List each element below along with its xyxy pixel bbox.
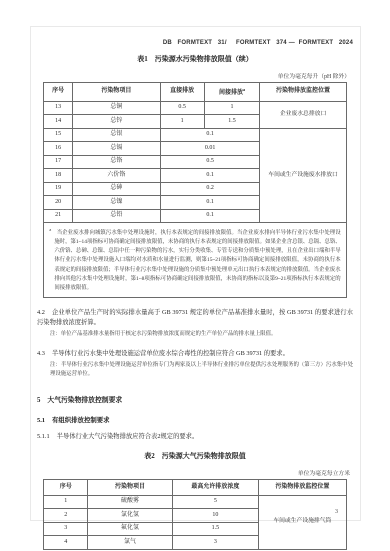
row-no-cell: 18 <box>44 169 73 183</box>
section-4-2-note: 注：单位产品基准排水量指用于核定水污染物排放浓度而规定的生产单位产品的排水量上限… <box>37 330 353 339</box>
table-1-water-pollutants: 序号 污染物项目 直接排放 间接排放a 污染物排放监控位置 13 总铜 0.5 … <box>43 82 346 298</box>
section-5-1-title: 有组织排放控制要求 <box>52 417 110 424</box>
page-number: 3 <box>335 509 338 515</box>
table1-footnote: a 当企业废水排向城镇污水集中处理设施时，执行本表规定的间接排放限值。当企业废水… <box>44 223 346 298</box>
section-5-1-1-text: 半导体行业大气污染物排放应符合表2规定的要求。 <box>57 433 199 440</box>
pollutant-name-cell: 总镍 <box>73 196 161 210</box>
merged-limit-cell: 0.2 <box>160 182 260 196</box>
table1-col-indirect: 间接排放a <box>204 83 260 102</box>
pollutant-name-cell: 硫酸雾 <box>88 495 173 509</box>
table1-header-row: 序号 污染物项目 直接排放 间接排放a 污染物排放监控位置 <box>44 83 346 102</box>
section-5-1-1: 5.1.1半导体行业大气污染物排放应符合表2规定的要求。 <box>37 432 353 442</box>
row-no-cell: 19 <box>44 182 73 196</box>
pollutant-name-cell: 总铅 <box>73 209 161 223</box>
indirect-limit-cell: 1.5 <box>204 115 260 129</box>
table1-col-no: 序号 <box>44 83 73 102</box>
pollutant-name-cell: 氯气 <box>88 536 173 550</box>
row-no-cell: 17 <box>44 155 73 169</box>
row-no-cell: 13 <box>44 101 73 115</box>
section-5-1-number: 5.1 <box>37 417 45 424</box>
table1-caption: 表1 污染源水污染物排放限值（续） <box>37 54 353 64</box>
section-5-number: 5 <box>37 397 40 404</box>
pollutant-name-cell: 总镉 <box>73 142 161 156</box>
pollutant-name-cell: 总银 <box>73 128 161 142</box>
max-concentration-cell: 1.5 <box>172 522 258 536</box>
table2-header-row: 序号 污染物项目 最高允许排放浓度 污染物排放监控位置 <box>44 480 346 496</box>
section-5-title: 大气污染物排放控制要求 <box>47 397 122 404</box>
row-no-cell: 2 <box>44 509 88 523</box>
pollutant-name-cell: 总铜 <box>73 101 161 115</box>
merged-limit-cell: 0.1 <box>160 128 260 142</box>
section-4-3-note: 注：半导体行业污水集中处理设施运营单位指专门为两家及以上半导体行业排污单位提供污… <box>37 361 353 379</box>
monitoring-location-stack-cell: 车间或生产设施排气筒 <box>258 495 346 549</box>
table1-row-15: 15 总银 0.1 车间或生产设施废水排放口 <box>44 128 346 142</box>
merged-limit-cell: 0.1 <box>160 196 260 210</box>
row-no-cell: 16 <box>44 142 73 156</box>
table2-unit-note: 单位为毫克每立方米 <box>37 468 353 477</box>
section-4-3-text: 半导体行业污水集中处理设施运营单位废水综合毒性的控制应符合 GB 39731 的… <box>52 350 289 357</box>
merged-limit-cell: 0.1 <box>160 169 260 183</box>
monitoring-location-workshop-cell: 车间或生产设施废水排放口 <box>260 128 346 223</box>
max-concentration-cell: 3 <box>172 536 258 550</box>
pollutant-name-cell: 总铬 <box>73 155 161 169</box>
table2-row-1: 1 硫酸雾 5 车间或生产设施排气筒 <box>44 495 346 509</box>
table1-row-13: 13 总铜 0.5 1 企业废水总排放口 <box>44 101 346 115</box>
monitoring-location-enterprise-cell: 企业废水总排放口 <box>260 101 346 128</box>
table2-col-max-concentration: 最高允许排放浓度 <box>172 480 258 496</box>
indirect-footnote-marker: a <box>243 87 245 92</box>
row-no-cell: 3 <box>44 522 88 536</box>
table2-col-location: 污染物排放监控位置 <box>258 480 346 496</box>
merged-limit-cell: 0.5 <box>160 155 260 169</box>
document-content: DB FORMTEXT 31/ FORMTEXT 374 — FORMTEXT … <box>37 40 353 550</box>
max-concentration-cell: 5 <box>172 495 258 509</box>
direct-limit-cell: 1 <box>160 115 204 129</box>
section-4-2-number: 4.2 <box>37 309 45 316</box>
section-4-2-text: 企业单位产品生产时的实际排水量高于 GB 39731 规定的单位产品基准排水量时… <box>37 309 353 326</box>
table1-col-direct: 直接排放 <box>160 83 204 102</box>
pollutant-name-cell: 六价铬 <box>73 169 161 183</box>
max-concentration-cell: 10 <box>172 509 258 523</box>
section-5-1-1-number: 5.1.1 <box>37 433 50 440</box>
footnote-text: 当企业废水排向城镇污水集中处理设施时，执行本表规定的间接排放限值。当企业废水排向… <box>51 230 341 291</box>
section-4-3: 4.3半导体行业污水集中处理设施运营单位废水综合毒性的控制应符合 GB 3973… <box>37 349 353 359</box>
row-no-cell: 1 <box>44 495 88 509</box>
table2-col-no: 序号 <box>44 480 88 496</box>
pollutant-name-cell: 总锌 <box>73 115 161 129</box>
direct-limit-cell: 0.5 <box>160 101 204 115</box>
document-code-header: DB FORMTEXT 31/ FORMTEXT 374 — FORMTEXT … <box>37 40 353 46</box>
section-5-heading: 5大气污染物排放控制要求 <box>37 394 353 404</box>
table1-footnote-row: a 当企业废水排向城镇污水集中处理设施时，执行本表规定的间接排放限值。当企业废水… <box>44 223 346 298</box>
row-no-cell: 4 <box>44 536 88 550</box>
section-4-2: 4.2企业单位产品生产时的实际排水量高于 GB 39731 规定的单位产品基准排… <box>37 308 353 328</box>
pollutant-name-cell: 总砷 <box>73 182 161 196</box>
table1-col-pollutant: 污染物项目 <box>73 83 161 102</box>
pollutant-name-cell: 氯化氢 <box>88 509 173 523</box>
table2-col-pollutant: 污染物项目 <box>88 480 173 496</box>
merged-limit-cell: 0.01 <box>160 142 260 156</box>
section-4-3-number: 4.3 <box>37 350 45 357</box>
table-2-air-pollutants: 序号 污染物项目 最高允许排放浓度 污染物排放监控位置 1 硫酸雾 5 车间或生… <box>43 479 346 550</box>
row-no-cell: 15 <box>44 128 73 142</box>
merged-limit-cell: 0.1 <box>160 209 260 223</box>
pollutant-name-cell: 氟化氢 <box>88 522 173 536</box>
row-no-cell: 20 <box>44 196 73 210</box>
row-no-cell: 14 <box>44 115 73 129</box>
row-no-cell: 21 <box>44 209 73 223</box>
table2-caption: 表2 污染源大气污染物排放限值 <box>37 451 353 461</box>
section-5-1-heading: 5.1有组织排放控制要求 <box>37 415 353 424</box>
table1-col-location: 污染物排放监控位置 <box>260 83 346 102</box>
table1-unit-note: 单位为毫克每升（pH 除外） <box>37 71 353 80</box>
table1-col-indirect-label: 间接排放 <box>219 90 243 96</box>
indirect-limit-cell: 1 <box>204 101 260 115</box>
